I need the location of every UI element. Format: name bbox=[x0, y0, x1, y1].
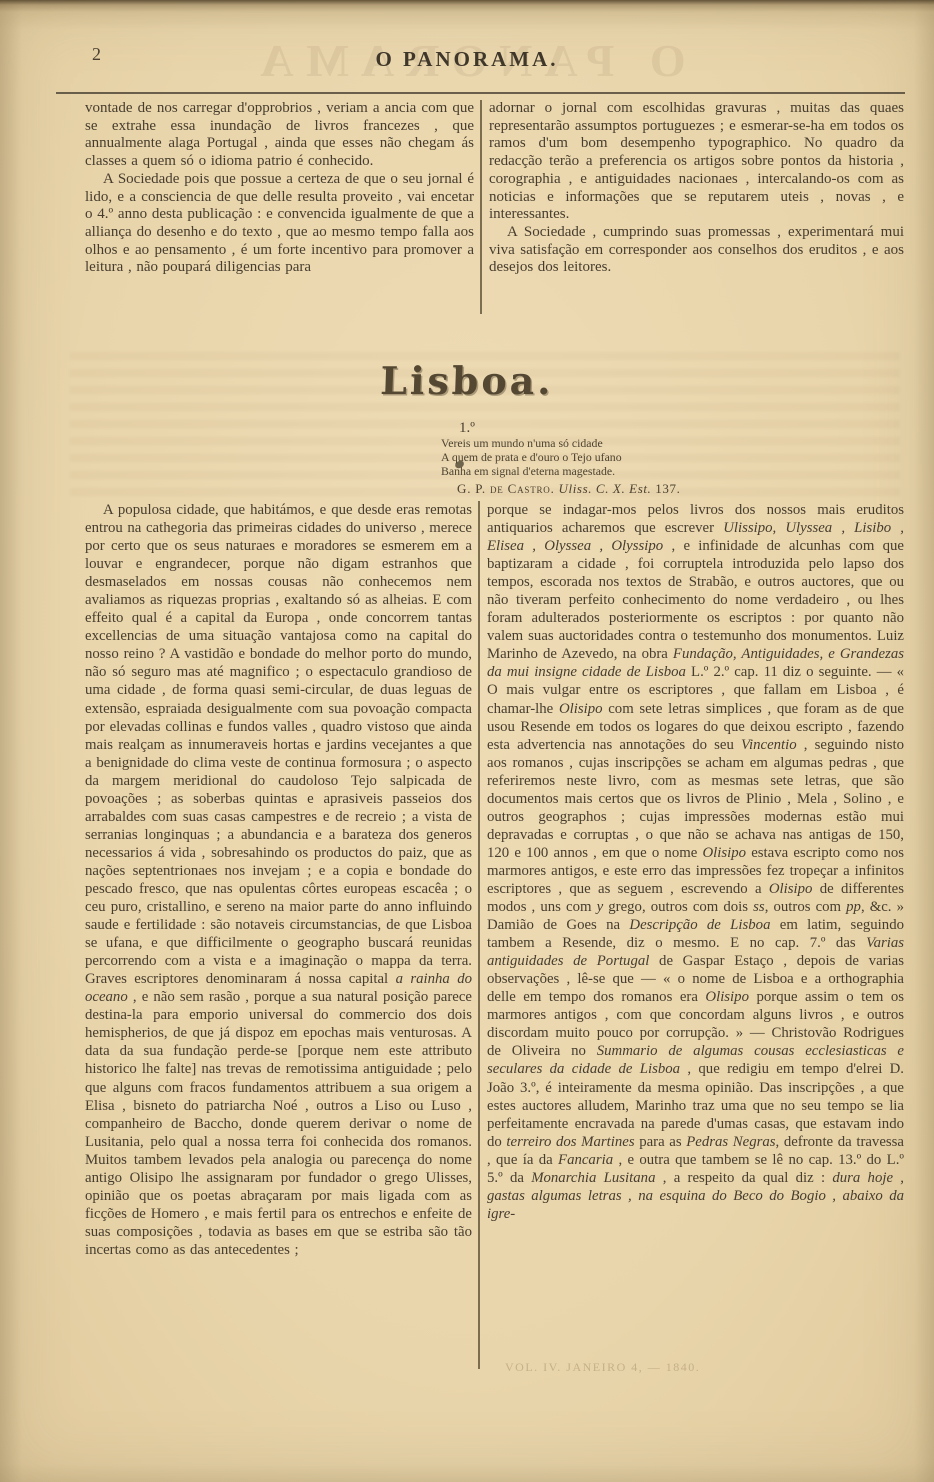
column-divider-top bbox=[480, 100, 482, 314]
intro-paragraph: A Sociedade , cumprindo suas promessas ,… bbox=[489, 224, 904, 277]
intro-paragraph: adornar o jornal com escolhidas gravuras… bbox=[489, 100, 904, 224]
intro-left-column: vontade de nos carregar d'opprobrios , v… bbox=[85, 100, 474, 277]
intro-paragraph: vontade de nos carregar d'opprobrios , v… bbox=[85, 100, 474, 171]
article-left-column: A populosa cidade, que habitámos, e que … bbox=[85, 501, 472, 1259]
epigraph: Vereis um mundo n'uma só cidade A quem d… bbox=[441, 437, 680, 496]
header-rule bbox=[56, 92, 905, 94]
column-divider-main bbox=[478, 501, 480, 1369]
epigraph-line: Vereis um mundo n'uma só cidade bbox=[441, 437, 680, 451]
epigraph-line: A quem de prata e d'ouro o Tejo ufano bbox=[441, 451, 680, 465]
intro-right-column: adornar o jornal com escolhidas gravuras… bbox=[489, 100, 904, 277]
article-paragraph: A populosa cidade, que habitámos, e que … bbox=[85, 501, 472, 1259]
article-title: Lisboa. bbox=[0, 358, 934, 403]
footer-bleedthrough-ghost: VOL. IV. JANEIRO 4, — 1840. bbox=[505, 1360, 700, 1375]
article-right-column: porque se indagar-mos pelos livros dos n… bbox=[487, 501, 904, 1223]
section-number: 1.º bbox=[0, 420, 934, 437]
epigraph-attribution: G. P. de Castro. Uliss. C. X. Est. 137. bbox=[457, 482, 680, 496]
masthead-title: O PANORAMA. bbox=[0, 47, 934, 72]
article-paragraph: porque se indagar-mos pelos livros dos n… bbox=[487, 501, 904, 1223]
intro-paragraph: A Sociedade pois que possue a certeza de… bbox=[85, 171, 474, 277]
epigraph-line: Banha em signal d'eterna magestade. bbox=[441, 465, 680, 479]
